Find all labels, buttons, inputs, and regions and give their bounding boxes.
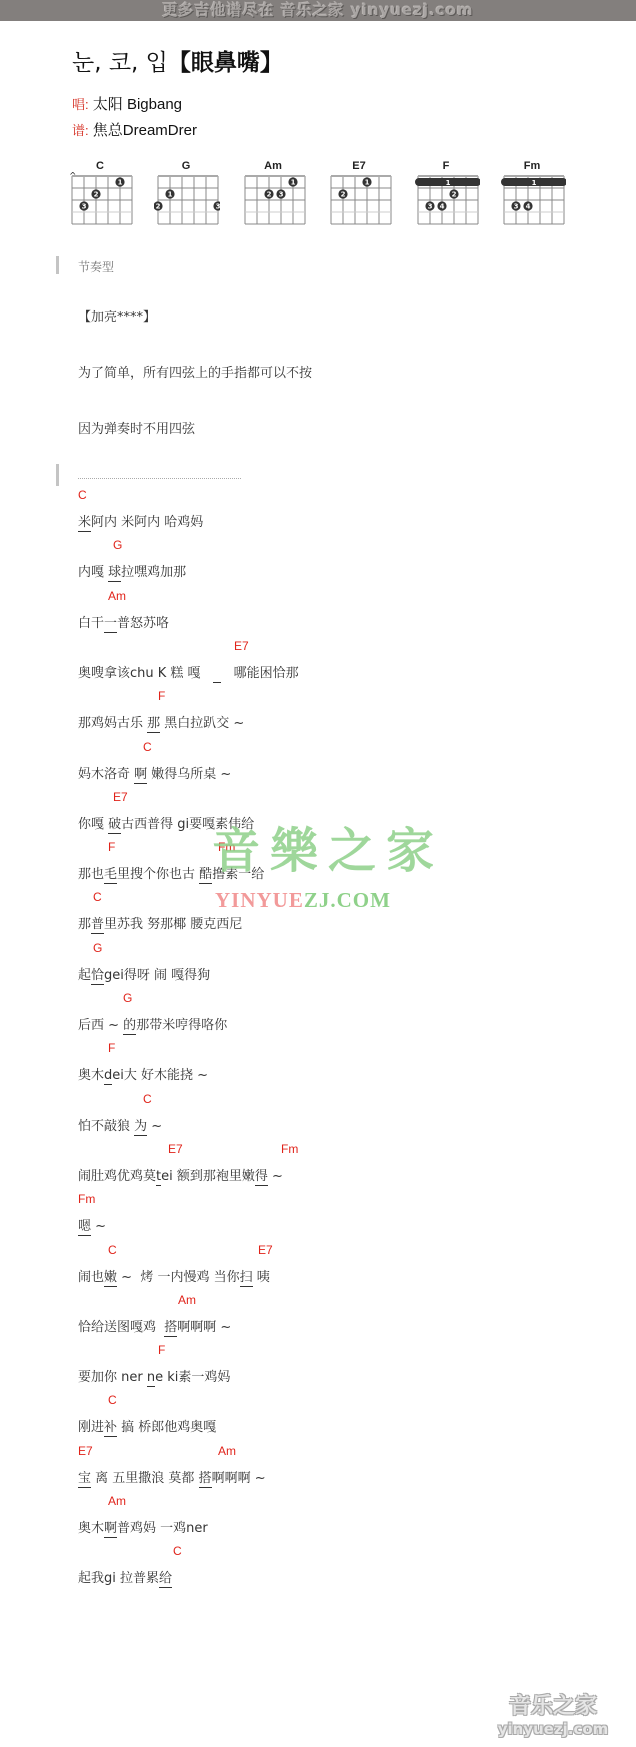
accented-syllable: 啊 xyxy=(104,1521,117,1538)
chord-label: C xyxy=(108,1393,117,1407)
chord-label: C xyxy=(78,488,87,502)
lyric-line: 奥木dei大 好木能挠 ~ xyxy=(78,1064,208,1083)
svg-text:1: 1 xyxy=(118,179,123,187)
section-marker xyxy=(56,256,59,274)
rhythm-label: 节奏型 xyxy=(78,258,114,275)
accented-syllable: 酷 xyxy=(199,867,212,884)
accented-syllable: 扫 xyxy=(240,1270,253,1287)
note-line: 【加亮****】 xyxy=(78,306,156,325)
chord-label: Am xyxy=(108,589,126,603)
lyric-segment: 啊啊啊 ~ xyxy=(177,1320,231,1335)
lyric-segment: 拉嘿鸡加那 xyxy=(121,565,186,580)
lyric-line: 怕不敲狼 为 ~ xyxy=(78,1115,162,1134)
chord-diagram-name: E7 xyxy=(327,160,391,172)
chord-label: F xyxy=(158,1343,165,1357)
lyric-line: 那普里苏我 努那椰 腰克西尼 xyxy=(78,913,242,932)
fretboard-icon: 1234 xyxy=(414,172,480,236)
chord-label: C xyxy=(93,890,102,904)
watermark-chinese: 音樂之家 xyxy=(212,812,444,881)
svg-text:2: 2 xyxy=(156,203,161,211)
chord-label: Fm xyxy=(78,1192,95,1206)
lyric-segment: ~ xyxy=(147,1119,162,1134)
chord-label: G xyxy=(93,941,102,955)
lyric-segment: 怕不敲狼 xyxy=(78,1119,134,1134)
chord-label: F xyxy=(108,1041,115,1055)
chord-diagram-name: Am xyxy=(241,160,305,172)
svg-text:3: 3 xyxy=(514,203,519,211)
lyric-segment: 奥木 xyxy=(78,1068,104,1083)
chord-label: C xyxy=(143,1092,152,1106)
lyric-segment: 哪能困恰那 xyxy=(221,666,298,681)
lyric-line: 内嘎 球拉嘿鸡加那 xyxy=(78,561,186,580)
svg-text:2: 2 xyxy=(267,191,272,199)
accented-syllable: 一 xyxy=(104,616,117,633)
lyric-segment: 奥木 xyxy=(78,1521,104,1536)
lyric-segment: 啊啊啊 ~ xyxy=(212,1471,266,1486)
chord-diagram-name: Fm xyxy=(500,160,564,172)
accented-syllable: 球 xyxy=(108,565,121,582)
chord-label: Fm xyxy=(281,1142,298,1156)
chord-label: C xyxy=(108,1243,117,1257)
lyric-segment: 闹也 xyxy=(78,1270,104,1285)
section-marker xyxy=(56,464,59,486)
chord-label: E7 xyxy=(113,790,128,804)
accented-syllable: 宝 xyxy=(78,1471,91,1488)
chord-label: Am xyxy=(178,1293,196,1307)
svg-text:3: 3 xyxy=(279,191,284,199)
accented-syllable: 普 xyxy=(91,917,104,934)
chord-diagram: C×123 xyxy=(68,160,132,236)
svg-text:3: 3 xyxy=(428,203,433,211)
lyric-line: 后西 ~ 的那带米哼得咯你 xyxy=(78,1014,227,1033)
lyric-segment: gei得呀 闹 嘎得狗 xyxy=(104,968,210,983)
accented-syllable: 毛 xyxy=(104,867,117,884)
lyric-line: 白干一普怒苏咯 xyxy=(78,612,169,631)
chord-label: F xyxy=(108,840,115,854)
lyric-segment: ~ xyxy=(268,1169,283,1184)
arranger-name: 焦总DreamDrer xyxy=(93,122,197,139)
accented-syllable: 为 xyxy=(134,1119,147,1136)
accented-syllable: 搭 xyxy=(164,1320,177,1337)
singer-label: 唱: xyxy=(72,97,89,112)
arranger-line: 谱: 焦总DreamDrer xyxy=(72,119,197,140)
note-line: 因为弹奏时不用四弦 xyxy=(78,418,195,437)
arranger-label: 谱: xyxy=(72,123,89,138)
lyric-line: 恰给送图嘎鸡 搭啊啊啊 ~ xyxy=(78,1316,231,1335)
lyric-segment: e ki素一鸡妈 xyxy=(155,1370,230,1385)
lyric-segment: 黑白拉趴交 ~ xyxy=(160,716,244,731)
singer-line: 唱: 太阳 Bigbang xyxy=(72,93,182,114)
accented-syllable: 搭 xyxy=(199,1471,212,1488)
fretboard-icon: 123 xyxy=(241,172,307,236)
svg-text:2: 2 xyxy=(94,191,99,199)
lyric-segment: ei大 好木能挠 ~ xyxy=(112,1068,208,1083)
accented-syllable: 破 xyxy=(108,817,121,834)
chord-label: G xyxy=(113,538,122,552)
lyric-segment: 咦 xyxy=(253,1270,270,1285)
lyric-segment: ~ xyxy=(91,1219,106,1234)
lyric-segment: 那鸡妈古乐 xyxy=(78,716,147,731)
lyric-segment: 起 xyxy=(78,968,91,983)
lyric-segment: 你嘎 xyxy=(78,817,108,832)
watermark-url: YINYUEZJ.COM xyxy=(215,888,391,913)
lyric-segment: 起我gi 拉普累 xyxy=(78,1571,159,1586)
lyric-line: 米阿内 米阿内 哈鸡妈 xyxy=(78,511,203,530)
lyric-line: 奥木啊普鸡妈 一鸡ner xyxy=(78,1517,208,1536)
accented-syllable: 得 xyxy=(255,1169,268,1186)
fretboard-icon: 134 xyxy=(500,172,566,236)
accented-syllable: 米 xyxy=(78,515,91,532)
lyric-segment: 里搜个你也古 xyxy=(117,867,199,882)
title-korean: 눈, 코, 입 xyxy=(72,50,168,76)
chord-diagram-name: F xyxy=(414,160,478,172)
lyric-line: 嗯 ~ xyxy=(78,1215,106,1234)
chord-diagram-name: G xyxy=(154,160,218,172)
svg-text:1: 1 xyxy=(291,179,296,187)
svg-text:×: × xyxy=(69,172,77,178)
corner-watermark: 音乐之家 yinyuezj.com xyxy=(478,1694,628,1738)
chord-label: E7 xyxy=(234,639,249,653)
lyric-segment: 离 五里撒浪 莫都 xyxy=(91,1471,199,1486)
lyric-segment: 白干 xyxy=(78,616,104,631)
fretboard-icon: 12 xyxy=(327,172,393,236)
lyric-segment: 嫩得乌所桌 ~ xyxy=(147,767,231,782)
accented-syllable: 恰 xyxy=(91,968,104,985)
lyric-segment: 那带米哼得咯你 xyxy=(136,1018,227,1033)
lyric-segment: 奥嗖拿该chu K 糕 嘎 xyxy=(78,666,213,681)
dotted-divider xyxy=(78,478,241,479)
lyric-segment: 内嘎 xyxy=(78,565,108,580)
corner-watermark-chinese: 音乐之家 xyxy=(478,1694,628,1720)
accented-syllable: 嫩 xyxy=(104,1270,117,1287)
chord-diagram-name: C xyxy=(68,160,132,172)
accented-syllable: 嗯 xyxy=(78,1219,91,1236)
svg-text:2: 2 xyxy=(341,191,346,199)
lyric-segment: 恰给送图嘎鸡 xyxy=(78,1320,164,1335)
chord-diagram: E712 xyxy=(327,160,391,236)
chord-diagram: F1234 xyxy=(414,160,478,236)
lyric-line: 妈木洛奇 啊 嫩得乌所桌 ~ xyxy=(78,763,231,782)
lyric-line: 奥嗖拿该chu K 糕 嘎 哪能困恰那 xyxy=(78,662,299,681)
chord-label: Am xyxy=(218,1444,236,1458)
song-title: 눈, 코, 입【眼鼻嘴】 xyxy=(72,44,283,77)
lyric-line: 闹也嫩 ~ 烤 一内慢鸡 当你扫 咦 xyxy=(78,1266,270,1285)
lyric-line: 起恰gei得呀 闹 嘎得狗 xyxy=(78,964,210,983)
site-banner: 更多吉他谱尽在 音乐之家 yinyuezj.com xyxy=(0,0,636,21)
fretboard-icon: 123 xyxy=(154,172,220,236)
chord-label: E7 xyxy=(168,1142,183,1156)
lyric-segment: 那 xyxy=(78,917,91,932)
lyric-segment: 普怒苏咯 xyxy=(117,616,169,631)
chord-label: F xyxy=(158,689,165,703)
lyric-line: 要加你 ner ne ki素一鸡妈 xyxy=(78,1366,230,1385)
svg-text:2: 2 xyxy=(452,191,457,199)
lyric-segment: 闹肚鸡优鸡莫 xyxy=(78,1169,156,1184)
chord-label: Am xyxy=(108,1494,126,1508)
accented-syllable: 那 xyxy=(147,716,160,733)
chord-label: C xyxy=(143,740,152,754)
title-chinese: 【眼鼻嘴】 xyxy=(168,50,283,76)
svg-text:1: 1 xyxy=(365,179,370,187)
chord-diagram: G123 xyxy=(154,160,218,236)
lyric-line: 闹肚鸡优鸡莫tei 额到那袍里嫩得 ~ xyxy=(78,1165,283,1184)
svg-text:1: 1 xyxy=(446,179,451,187)
note-line: 为了简单，所有四弦上的手指都可以不按 xyxy=(78,362,312,381)
chord-diagram-row: C×123G123Am123E712F1234Fm134 xyxy=(0,160,636,238)
lyric-line: 宝 离 五里撒浪 莫都 搭啊啊啊 ~ xyxy=(78,1467,266,1486)
lyric-line: 起我gi 拉普累给 xyxy=(78,1567,172,1586)
svg-text:4: 4 xyxy=(526,203,531,211)
lyric-segment: 里苏我 努那椰 腰克西尼 xyxy=(104,917,242,932)
fretboard-icon: ×123 xyxy=(68,172,134,236)
chord-label: E7 xyxy=(258,1243,273,1257)
lyric-line: 刚进补 搞 桥郎他鸡奥嘎 xyxy=(78,1416,216,1435)
accented-syllable: 的 xyxy=(123,1018,136,1035)
chord-label: E7 xyxy=(78,1444,93,1458)
lyric-segment: ei 额到那袍里嫩 xyxy=(161,1169,255,1184)
chord-diagram: Fm134 xyxy=(500,160,564,236)
accented-syllable: 给 xyxy=(159,1571,172,1588)
lyric-segment: 刚进 xyxy=(78,1420,104,1435)
svg-text:1: 1 xyxy=(532,179,537,187)
lyric-line: 那鸡妈古乐 那 黑白拉趴交 ~ xyxy=(78,712,244,731)
lyric-segment: 后西 ~ xyxy=(78,1018,123,1033)
svg-text:1: 1 xyxy=(168,191,173,199)
singer-name: 太阳 Bigbang xyxy=(93,96,182,113)
chord-diagram: Am123 xyxy=(241,160,305,236)
accented-syllable: 啊 xyxy=(134,767,147,784)
lyric-segment: ~ 烤 一内慢鸡 当你 xyxy=(117,1270,240,1285)
lyric-segment: 搞 桥郎他鸡奥嘎 xyxy=(117,1420,216,1435)
lyric-segment: 阿内 米阿内 哈鸡妈 xyxy=(91,515,203,530)
lyric-segment: 那也 xyxy=(78,867,104,882)
corner-watermark-url: yinyuezj.com xyxy=(478,1720,628,1738)
lyric-segment: 要加你 ner xyxy=(78,1370,147,1385)
svg-text:3: 3 xyxy=(216,203,220,211)
svg-text:4: 4 xyxy=(440,203,445,211)
chord-label: C xyxy=(173,1544,182,1558)
accented-syllable: 补 xyxy=(104,1420,117,1437)
accented-syllable xyxy=(213,666,221,683)
lyric-segment: 普鸡妈 一鸡ner xyxy=(117,1521,208,1536)
chord-label: G xyxy=(123,991,132,1005)
svg-text:3: 3 xyxy=(82,203,87,211)
lyric-segment: 妈木洛奇 xyxy=(78,767,134,782)
accented-syllable: n xyxy=(147,1370,155,1387)
